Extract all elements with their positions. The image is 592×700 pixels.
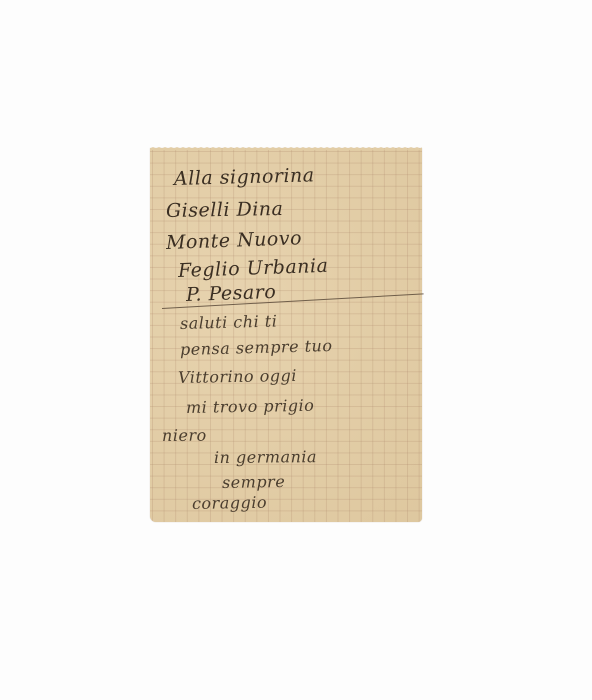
- handwritten-note-paper: Alla signorina Giselli Dina Monte Nuovo …: [150, 148, 422, 522]
- scan-background: Alla signorina Giselli Dina Monte Nuovo …: [0, 0, 592, 700]
- message-line-5: niero: [162, 426, 207, 445]
- address-line-town: Feglio Urbania: [178, 255, 329, 282]
- message-line-2: pensa sempre tuo: [180, 336, 333, 359]
- message-line-4: mi trovo prigio: [186, 396, 315, 417]
- message-line-8: coraggio: [192, 493, 267, 513]
- address-line-recipient-name: Giselli Dina: [166, 198, 284, 222]
- message-line-3: Vittorino oggi: [178, 366, 297, 387]
- address-line-locality: Monte Nuovo: [166, 227, 303, 254]
- address-line-recipient-title: Alla signorina: [174, 164, 315, 190]
- message-line-7: sempre: [222, 472, 286, 492]
- message-line-6: in germania: [214, 447, 317, 467]
- message-line-1: saluti chi ti: [180, 311, 278, 333]
